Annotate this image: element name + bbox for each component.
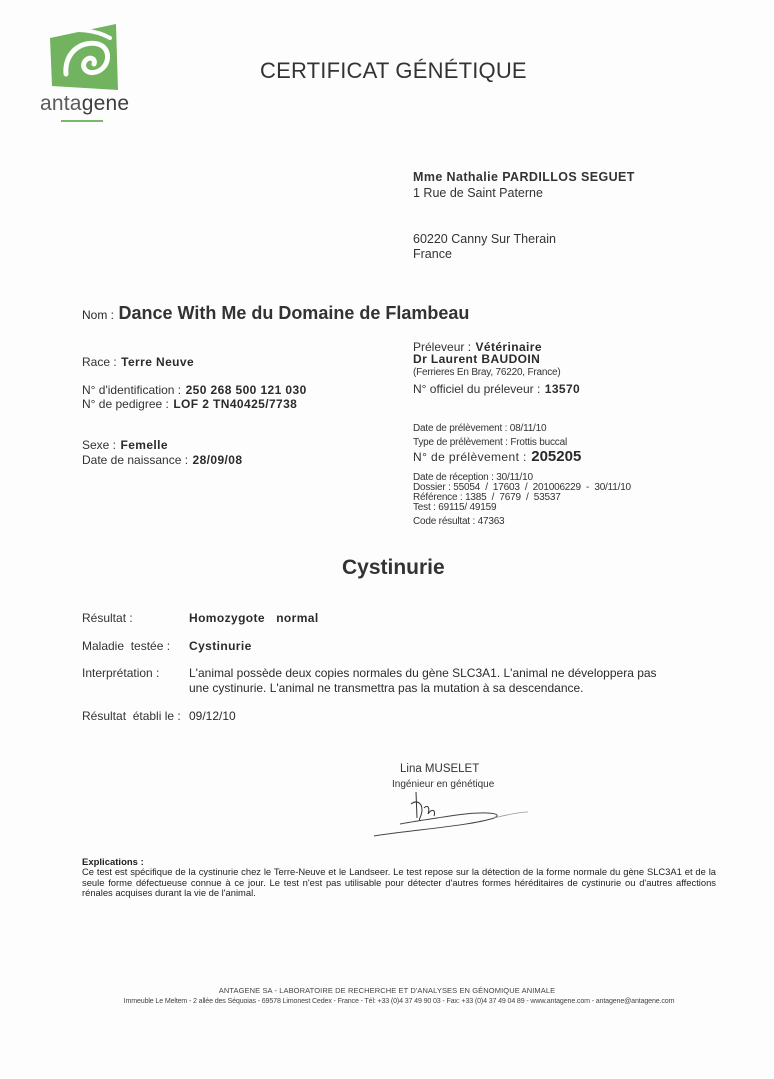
established-value: 09/12/10 <box>189 709 236 723</box>
recipient-city: 60220 Canny Sur Therain <box>413 232 556 246</box>
interpretation-label: Interprétation : <box>82 666 159 680</box>
sampler-name: Dr Laurent BAUDOIN <box>413 352 540 366</box>
birth-label: Date de naissance : <box>82 453 188 467</box>
sample-number-label: N° de prélèvement : <box>413 450 527 464</box>
explanations-text: Ce test est spécifique de la cystinurie … <box>82 867 716 899</box>
sex-value: Femelle <box>120 438 168 452</box>
pedigree-label: N° de pedigree : <box>82 397 169 411</box>
birth-value: 28/09/08 <box>193 453 243 467</box>
test-number: Test : 69115/ 49159 <box>413 502 496 513</box>
sample-date: Date de prélèvement : 08/11/10 <box>413 423 546 434</box>
result-label: Résultat : <box>82 611 133 625</box>
footer-address: Immeuble Le Meltem - 2 allée des Séquoia… <box>0 997 774 1005</box>
sampler-official-row: N° officiel du préleveur : 13570 <box>413 380 580 398</box>
brand-name: antagene <box>40 92 129 116</box>
footer-company: ANTAGENE SA - LABORATOIRE DE RECHERCHE E… <box>0 986 774 995</box>
sex-label: Sexe : <box>82 438 116 452</box>
result-code: Code résultat : 47363 <box>413 516 504 527</box>
recipient-country: France <box>413 247 452 261</box>
race-value: Terre Neuve <box>121 355 194 369</box>
pedigree-value: LOF 2 TN40425/7738 <box>173 397 297 411</box>
sampler-official-number: 13570 <box>545 382 580 396</box>
result-value: Homozygote normal <box>189 611 319 625</box>
interpretation-value: L'animal possède deux copies normales du… <box>189 666 669 696</box>
sample-number: 205205 <box>531 448 581 465</box>
handwritten-signature-icon <box>370 790 530 840</box>
race-label: Race : <box>82 355 117 369</box>
antagene-logo: antagene <box>44 24 128 124</box>
sample-number-row: N° de prélèvement : 205205 <box>413 448 581 466</box>
page-title: CERTIFICAT GÉNÉTIQUE <box>260 58 527 84</box>
sampler-official-label: N° officiel du préleveur : <box>413 382 540 396</box>
test-heading: Cystinurie <box>342 556 445 580</box>
logo-underline <box>61 120 103 122</box>
sample-type: Type de prélèvement : Frottis buccal <box>413 437 567 448</box>
sampler-location: (Ferrieres En Bray, 76220, France) <box>413 367 561 378</box>
animal-name: Dance With Me du Domaine de Flambeau <box>118 303 469 323</box>
disease-label: Maladie testée : <box>82 639 170 653</box>
disease-value: Cystinurie <box>189 639 252 653</box>
animal-name-row: Nom : Dance With Me du Domaine de Flambe… <box>82 303 469 324</box>
antagene-spiral-logo-icon <box>46 24 120 92</box>
signatory-name: Lina MUSELET <box>400 763 479 775</box>
pedigree-row: N° de pedigree : LOF 2 TN40425/7738 <box>82 395 297 413</box>
birth-row: Date de naissance : 28/09/08 <box>82 451 242 469</box>
animal-name-label: Nom : <box>82 308 114 322</box>
recipient-name: Mme Nathalie PARDILLOS SEGUET <box>413 170 635 184</box>
race-row: Race : Terre Neuve <box>82 353 194 371</box>
signatory-role: Ingénieur en génétique <box>392 779 494 790</box>
recipient-street: 1 Rue de Saint Paterne <box>413 186 543 200</box>
established-label: Résultat établi le : <box>82 709 181 723</box>
